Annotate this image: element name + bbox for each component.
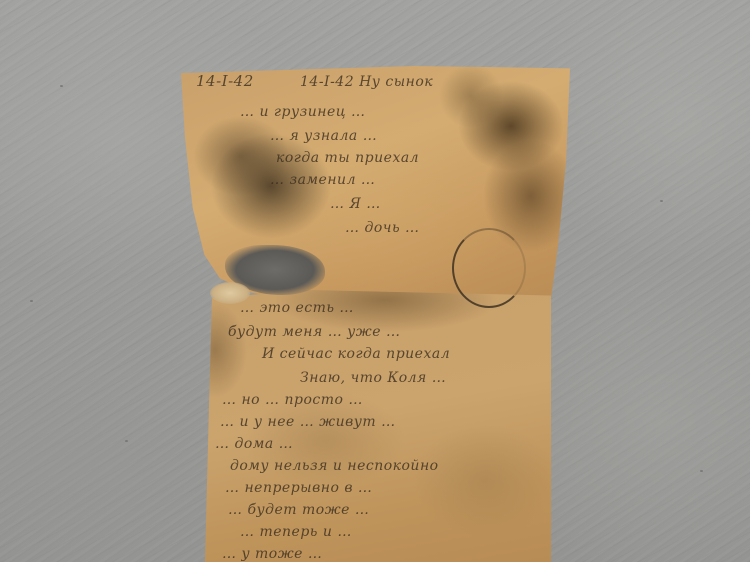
postmark-stamp [452,228,526,308]
concrete-speck [125,440,128,442]
concrete-speck [60,85,63,87]
concrete-speck [700,470,703,472]
concrete-speck [660,200,663,202]
frayed-paper-edge [210,282,250,304]
letter-lower-section [205,290,551,562]
concrete-speck [30,300,33,302]
